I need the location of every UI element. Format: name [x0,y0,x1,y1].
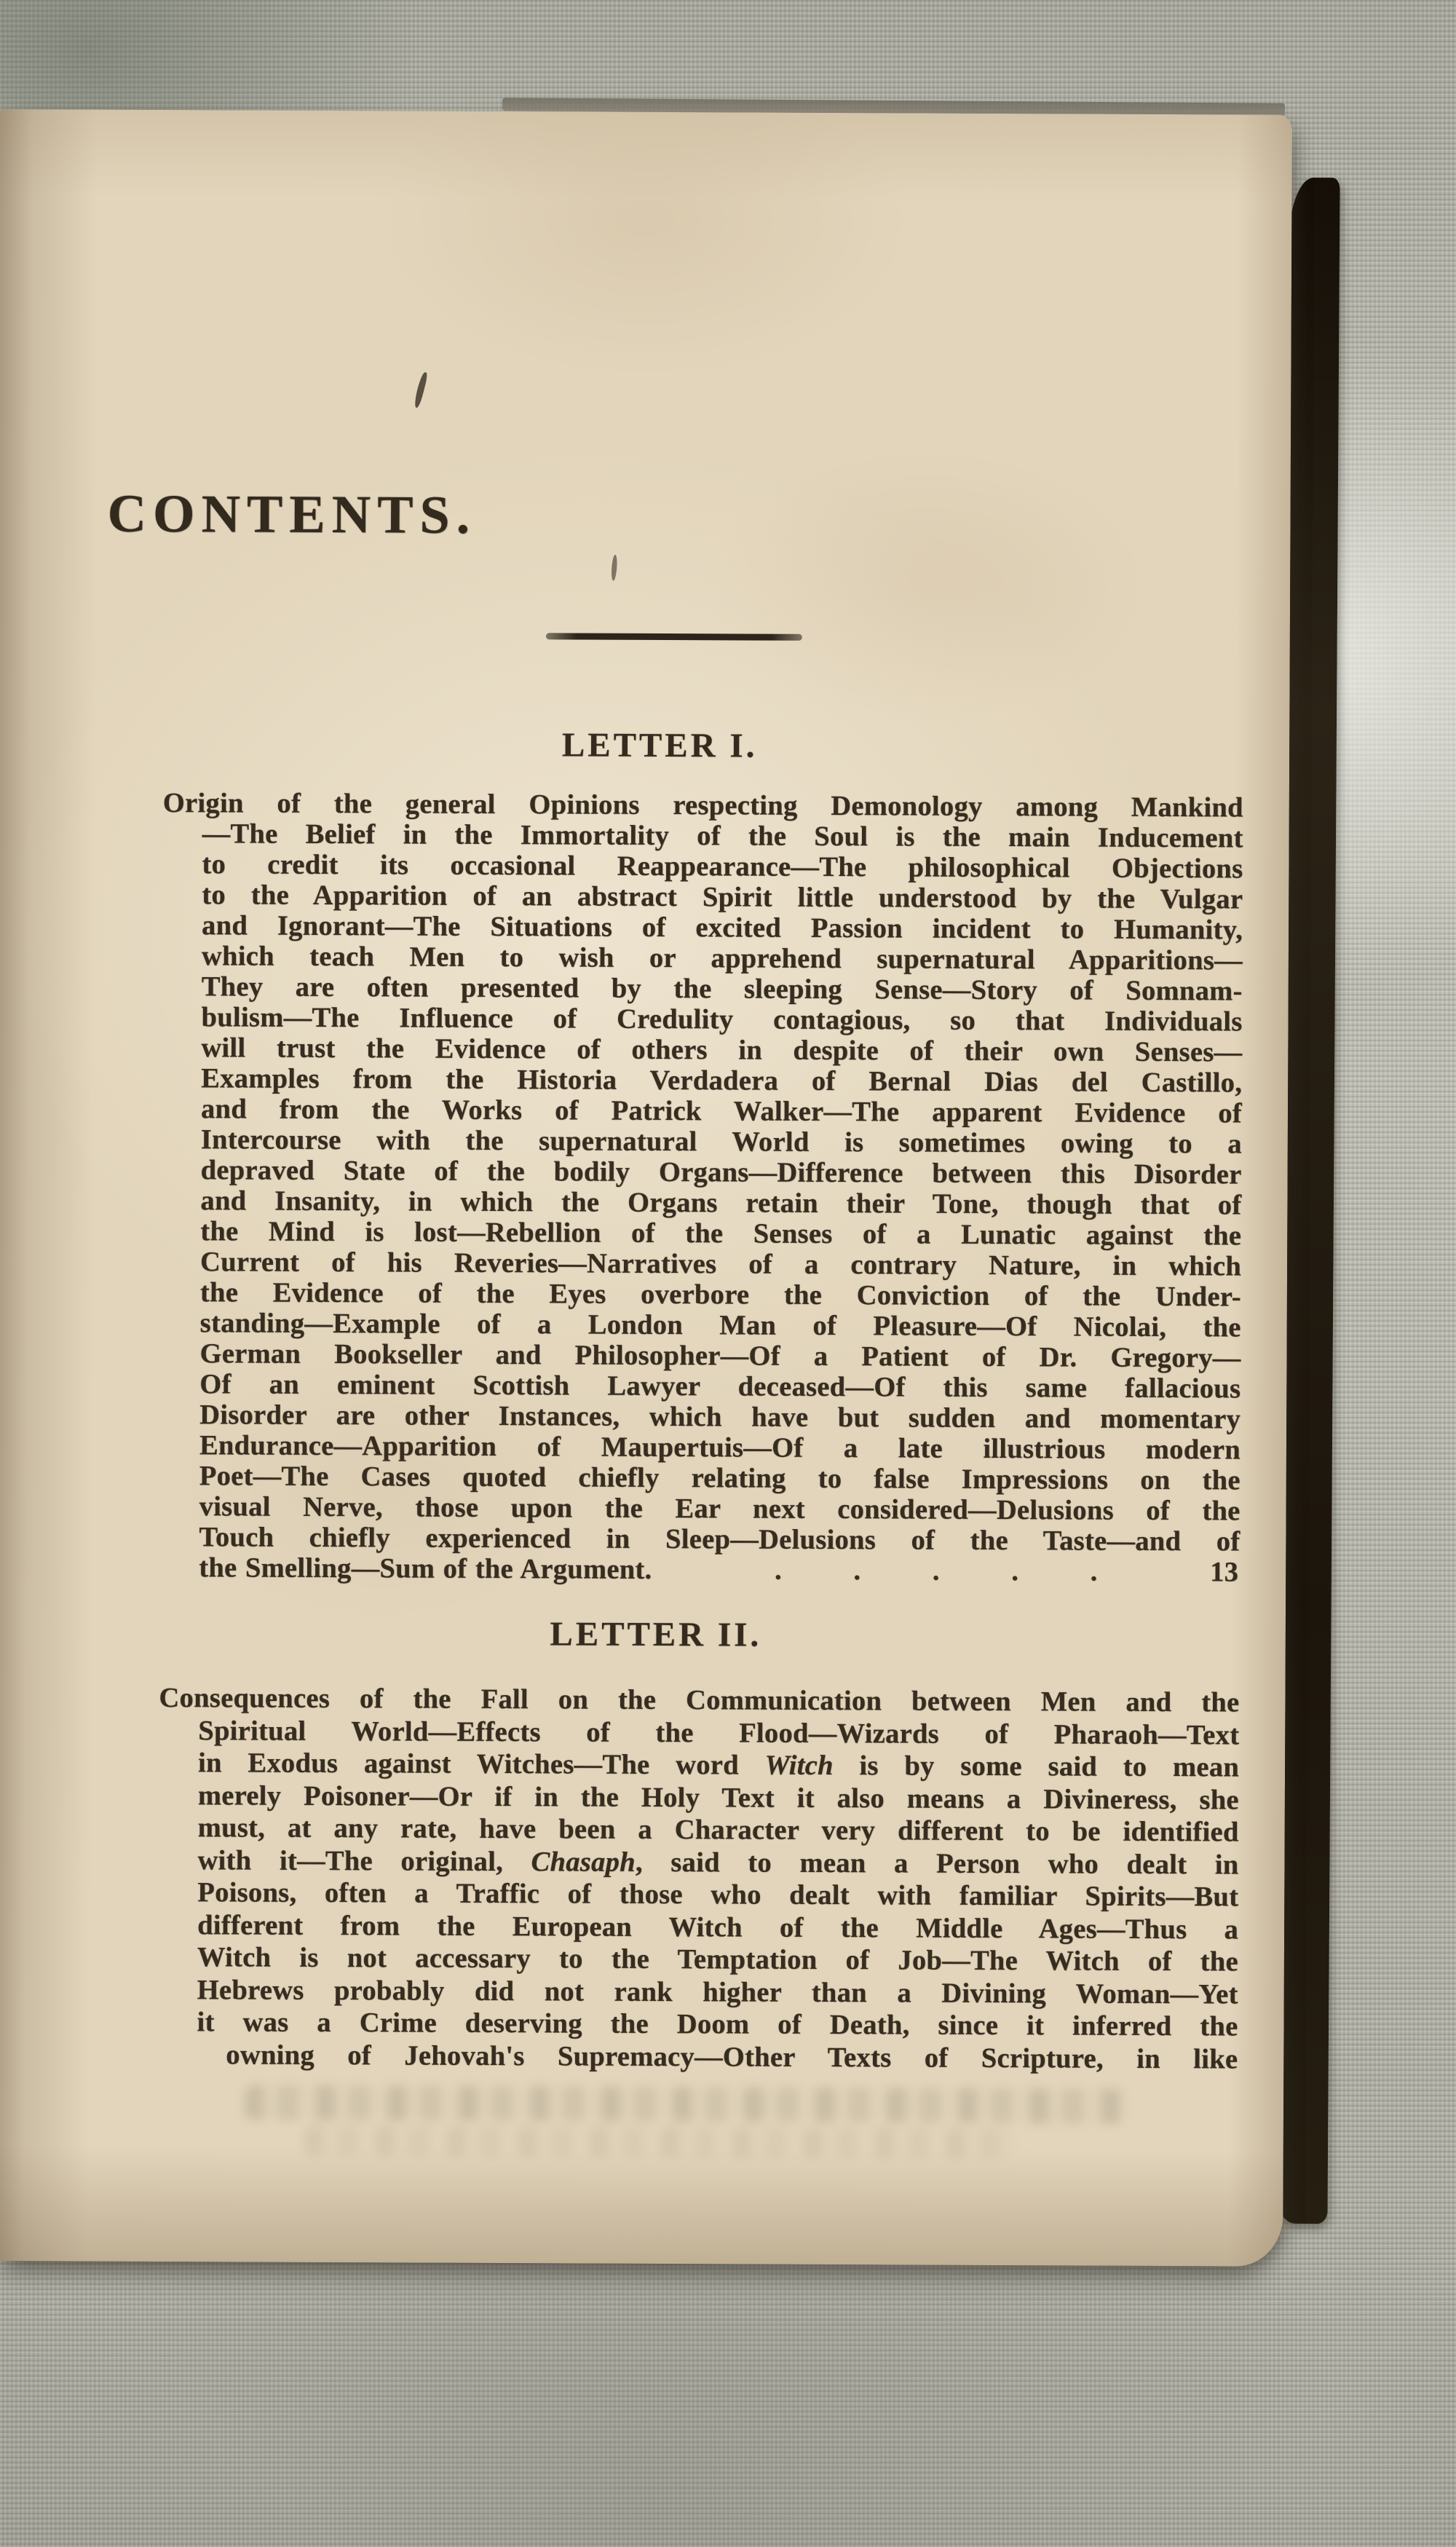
toc-line: —The Belief in the Immortality of the So… [202,818,1243,853]
section-heading: LETTER I. [106,724,1213,768]
toc-line: Disorder are other Instances, which have… [199,1399,1241,1434]
ink-showthrough-smudge [304,2126,1018,2158]
toc-line: in Exodus against Witches—The word Witch… [198,1747,1239,1784]
toc-line: and Insanity, in which the Organs retain… [200,1185,1241,1220]
toc-line: Witch is not accessary to the Temptation… [197,1941,1238,1978]
divider-rule [546,633,802,641]
toc-line: with it—The original, Chasaph, said to m… [197,1844,1238,1881]
leader-dots: ..... [652,1555,1210,1587]
section-lines: Origin of the general Opinions respectin… [199,788,1243,1587]
toc-line: the Mind is lost—Rebellion of the Senses… [200,1216,1241,1251]
toc-line: Current of his Reveries—Narratives of a … [200,1247,1241,1282]
toc-line: German Bookseller and Philosopher—Of a P… [199,1338,1241,1373]
toc-line: it was a Crime deserving the Doom of Dea… [197,2006,1238,2043]
toc-line: standing—Example of a London Man of Plea… [200,1308,1241,1343]
photo-backdrop-fabric: CONTENTS. LETTER I.Origin of the general… [0,0,1456,2547]
toc-line: and from the Works of Patrick Walker—The… [201,1094,1242,1129]
toc-line: Origin of the general Opinions respectin… [163,788,1243,823]
toc-line: Poet—The Cases quoted chiefly relating t… [199,1461,1241,1496]
toc-section: LETTER II.Consequences of the Fall on th… [197,1613,1240,2075]
page-content: CONTENTS. LETTER I.Origin of the general… [0,109,1246,2075]
toc-line: Of an eminent Scottish Lawyer deceased—O… [199,1369,1241,1404]
toc-line: to the Apparition of an abstract Spirit … [202,880,1243,915]
book-page: CONTENTS. LETTER I.Origin of the general… [0,109,1292,2267]
toc-line: Intercourse with the supernatural World … [201,1124,1242,1159]
section-lines: Consequences of the Fall on the Communic… [197,1682,1239,2075]
toc-line: owning of Jehovah's Supremacy—Other Text… [226,2039,1238,2076]
ink-showthrough-smudge [245,2085,1125,2123]
toc-line: the Evidence of the Eyes overbore the Co… [200,1277,1241,1312]
toc-line: which teach Men to wish or apprehend sup… [202,941,1243,976]
toc-line: merely Poisoner—Or if in the Holy Text i… [198,1780,1239,1817]
toc-line: visual Nerve, those upon the Ear next co… [199,1491,1241,1526]
toc-line-with-page-number: the Smelling—Sum of the Argument......13 [199,1552,1240,1587]
toc-line: will trust the Evidence of others in des… [201,1032,1242,1067]
toc-line: Hebrews probably did not rank higher tha… [197,1974,1238,2011]
toc-line: Poisons, often a Traffic of those who de… [197,1876,1238,1914]
toc-section: LETTER I.Origin of the general Opinions … [199,724,1243,1587]
toc-line: Touch chiefly experienced in Sleep—Delus… [199,1522,1240,1557]
page-title: CONTENTS. [107,487,1244,546]
page-number: 13 [1210,1557,1240,1587]
toc-line: Consequences of the Fall on the Communic… [159,1682,1239,1719]
toc-sections: LETTER I.Origin of the general Opinions … [197,724,1243,2075]
section-heading: LETTER II. [103,1613,1209,1657]
toc-line: They are often presented by the sleeping… [202,971,1243,1006]
toc-line: Endurance—Apparition of Maupertuis—Of a … [199,1430,1241,1465]
toc-line: Spiritual World—Effects of the Flood—Wiz… [198,1715,1239,1752]
toc-line: bulism—The Influence of Credulity contag… [201,1002,1242,1037]
toc-line: depraved State of the bodily Organs—Diff… [201,1155,1242,1190]
toc-line: and Ignorant—The Situations of excited P… [202,910,1243,945]
toc-line: different from the European Witch of the… [197,1909,1238,1946]
toc-line: Examples from the Historia Verdadera of … [201,1063,1242,1098]
toc-line: must, at any rate, have been a Character… [198,1812,1239,1849]
toc-line: to credit its occasional Reappearance—Th… [202,849,1243,884]
